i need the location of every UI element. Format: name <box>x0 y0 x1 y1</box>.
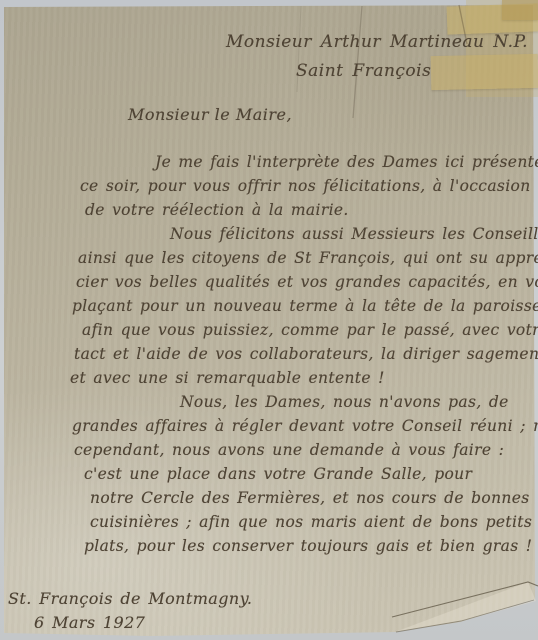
body-line: grandes affaires à régler devant votre C… <box>72 414 538 438</box>
body-line: cier vos belles qualités et vos grandes … <box>76 270 538 294</box>
body-line: cependant, nous avons une demande à vous… <box>74 438 538 462</box>
body-line: tact et l'aide de vos collaborateurs, la… <box>74 342 538 366</box>
letter-body: Je me fais l'interprète des Dames ici pr… <box>0 150 538 558</box>
date-line: 6 Mars 1927 <box>34 613 145 632</box>
body-line: plats, pour les conserver toujours gais … <box>84 534 538 558</box>
handwritten-text-layer: Monsieur Arthur Martineau N.P. Saint Fra… <box>0 0 538 640</box>
body-line: Nous félicitons aussi Messieurs les Cons… <box>170 222 538 246</box>
body-line: afin que vous puissiez, comme par le pas… <box>82 318 538 342</box>
body-line: ainsi que les citoyens de St François, q… <box>78 246 538 270</box>
place-line: St. François de Montmagny. <box>8 589 252 608</box>
body-line: cuisinières ; afin que nos maris aient d… <box>90 510 538 534</box>
body-line: c'est une place dans votre Grande Salle,… <box>84 462 538 486</box>
body-line: Nous, les Dames, nous n'avons pas, de <box>180 390 538 414</box>
body-line: de votre réélection à la mairie. <box>85 198 538 222</box>
body-line: et avec une si remarquable entente ! <box>70 366 538 390</box>
salutation-line: Monsieur le Maire, <box>128 105 292 124</box>
recipient-name-line: Monsieur Arthur Martineau N.P. <box>226 32 528 52</box>
letter-photograph: Monsieur Arthur Martineau N.P. Saint Fra… <box>0 0 538 640</box>
body-line: plaçant pour un nouveau terme à la tête … <box>72 294 538 318</box>
body-line: notre Cercle des Fermières, et nos cours… <box>90 486 538 510</box>
body-line: Je me fais l'interprète des Dames ici pr… <box>155 150 538 174</box>
body-line: ce soir, pour vous offrir nos félicitati… <box>80 174 538 198</box>
recipient-place-line: Saint François <box>296 61 431 81</box>
